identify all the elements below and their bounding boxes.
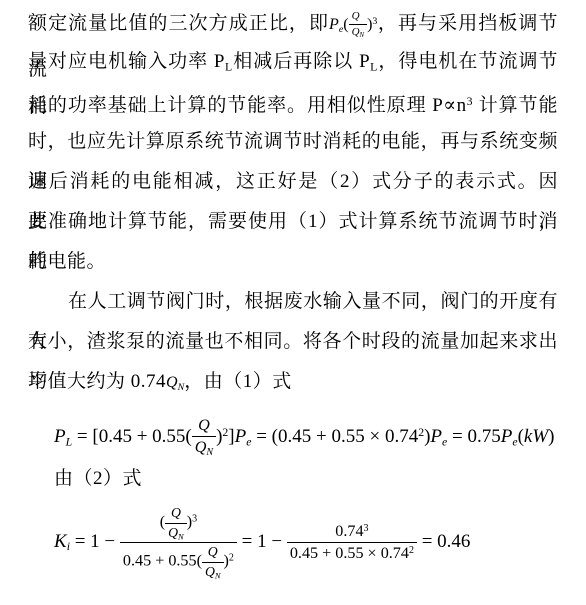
fraction: QQN	[202, 544, 224, 580]
para1-line4: 时，也应先计算原系统节流调节时消耗的电能，再与系统变频调	[28, 122, 558, 162]
math-variable: i	[67, 540, 70, 553]
math-variable: K	[54, 531, 67, 552]
subscript: N	[360, 32, 365, 39]
math-variable: Q	[208, 544, 218, 559]
fraction: QQN	[165, 505, 187, 541]
fraction-denominator: 0.45 + 0.55 × 0.742	[287, 543, 417, 563]
superscript: 2	[229, 553, 234, 564]
fraction: QQN	[192, 416, 216, 459]
math-variable: P	[430, 426, 442, 447]
para1-line1: 额定流量比值的三次方成正比，即Pe(QQN)3，再与采用挡板调节流	[28, 2, 558, 42]
math-variable: Q	[352, 10, 360, 22]
para2-line1: 在人工调节阀门时，根据废水输入量不同，阀门的开度有大	[28, 282, 558, 322]
subscript: N	[215, 570, 221, 580]
fraction-numerator: Q	[202, 544, 224, 562]
math-variable: N	[360, 32, 365, 39]
fraction: QQN	[349, 10, 368, 40]
subscript: e	[512, 435, 517, 448]
math-variable: Q	[198, 417, 210, 434]
subscript: L	[370, 60, 378, 73]
math-variable: Q	[195, 439, 207, 456]
subscript: e	[246, 435, 251, 448]
math-variable: kW	[524, 426, 548, 447]
math-variable: N	[178, 382, 185, 393]
para1-line5: 速后消耗的电能相减，这正好是（2）式分子的表示式。因此，	[28, 162, 558, 202]
para1-line7: 的电能。	[28, 242, 558, 282]
para1-line2: 量对应电机输入功率 PL相减后再除以 PL，得电机在节流调节消	[28, 42, 558, 82]
superscript: 3	[192, 514, 197, 525]
superscript: 3	[364, 523, 369, 534]
para2-line3: 均值大约为 0.74QN，由（1）式	[28, 362, 558, 402]
math-variable: P	[329, 16, 339, 33]
para2-line2: 有小，渣浆泵的流量也不相同。将各个时段的流量加起来求出平	[28, 322, 558, 362]
formula-2-intro: 由（2）式	[28, 459, 558, 499]
fraction: 0.7430.45 + 0.55 × 0.742	[287, 522, 417, 564]
math-variable: e	[339, 24, 343, 35]
para1-line6: 要准确地计算节能，需要使用（1）式计算系统节流调节时消耗	[28, 202, 558, 242]
fraction: (QQN)30.45 + 0.55(QQN)2	[120, 505, 237, 580]
superscript: 2	[222, 426, 228, 439]
subscript: N	[178, 382, 185, 393]
superscript: 3	[372, 16, 377, 27]
subscript: N	[178, 531, 184, 541]
fraction-denominator: QN	[165, 524, 187, 542]
subscript: L	[66, 435, 73, 448]
math-variable: L	[66, 435, 73, 448]
math-variable: Q	[352, 26, 360, 38]
math-variable: Q	[171, 505, 181, 520]
inline-math: Pe(QQN)3	[329, 16, 377, 33]
math-variable: e	[246, 435, 251, 448]
subscript: e	[339, 24, 343, 35]
subscript: e	[442, 435, 447, 448]
fraction-denominator: QN	[349, 25, 368, 40]
math-variable: Q	[168, 525, 178, 540]
math-variable: P	[54, 426, 66, 447]
document-page: 额定流量比值的三次方成正比，即Pe(QQN)3，再与采用挡板调节流量对应电机输入…	[0, 0, 586, 580]
math-variable: P	[235, 426, 247, 447]
math-variable: N	[178, 531, 184, 541]
fraction-numerator: Q	[165, 505, 187, 523]
para1-line3: 耗的功率基础上计算的节能率。用相似性原理 P∝n3 计算节能	[28, 82, 558, 122]
formula-1: PL = [0.45 + 0.55(QQN)2]Pe = (0.45 + 0.5…	[28, 416, 558, 459]
fraction-denominator: 0.45 + 0.55(QQN)2	[120, 543, 237, 580]
formula-2: Ki = 1 − (QQN)30.45 + 0.55(QQN)2 = 1 − 0…	[28, 505, 558, 580]
math-variable: e	[442, 435, 447, 448]
fraction-numerator: 0.743	[287, 522, 417, 543]
math-variable: e	[512, 435, 517, 448]
fraction-denominator: QN	[202, 563, 224, 581]
math-variable: N	[206, 447, 213, 458]
fraction-numerator: Q	[192, 416, 216, 437]
superscript: 2	[409, 545, 414, 556]
fraction-numerator: (QQN)3	[120, 505, 237, 543]
math-variable: N	[215, 570, 221, 580]
inline-math: QN	[166, 374, 184, 391]
subscript: N	[206, 447, 213, 458]
math-variable: Q	[166, 374, 178, 391]
subscript: i	[67, 540, 70, 553]
superscript: 2	[418, 426, 424, 439]
math-variable: P	[501, 426, 513, 447]
subscript: L	[225, 60, 233, 73]
superscript: 3	[467, 95, 473, 108]
math-variable: Q	[205, 564, 215, 579]
fraction-numerator: Q	[349, 10, 368, 25]
fraction-denominator: QN	[192, 437, 216, 459]
